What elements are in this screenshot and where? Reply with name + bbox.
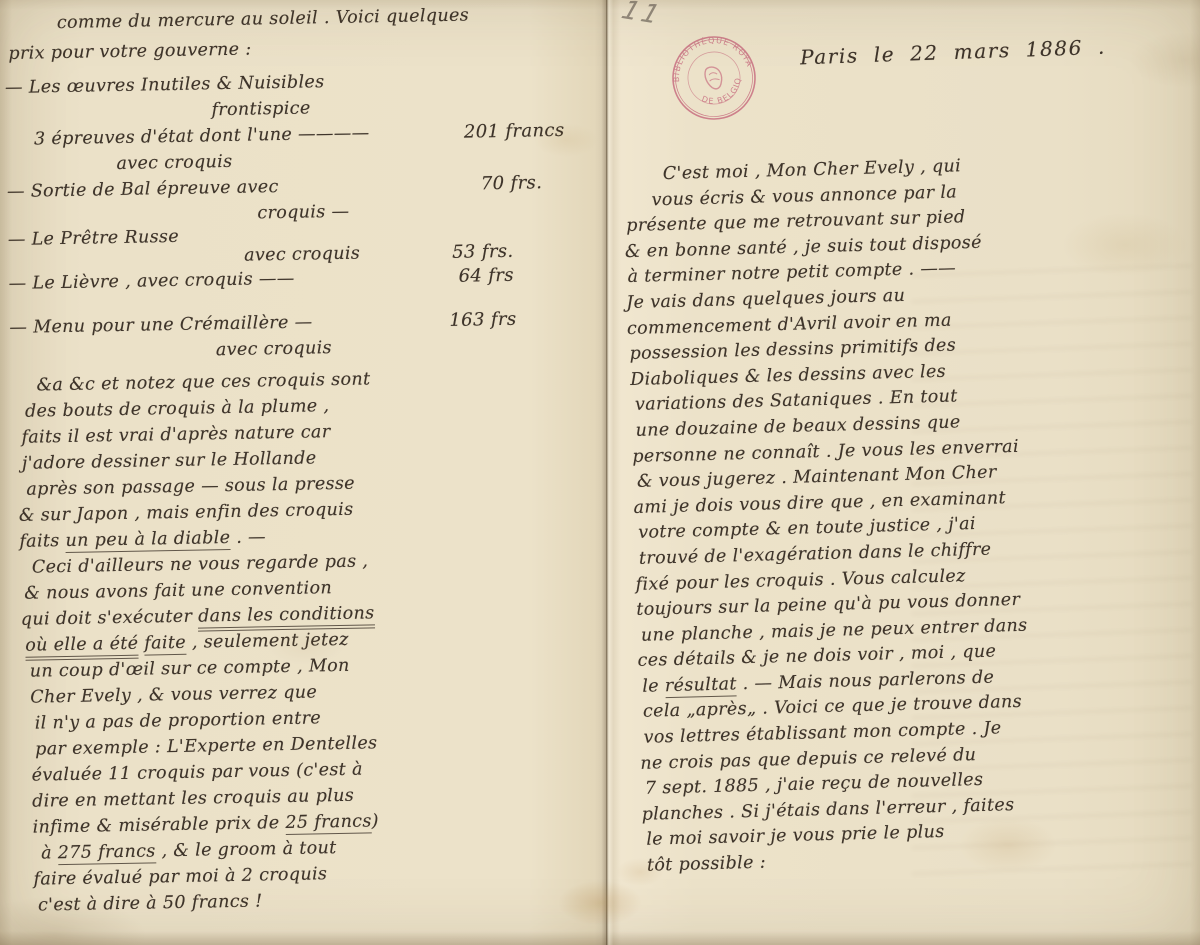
library-stamp: BIBLIOTHÈQUE ROYALE DE BELGIQUE	[661, 25, 768, 132]
manuscript-line-text: un coup d'œil sur ce compte , Mon	[30, 656, 350, 682]
manuscript-line-text: avec croquis	[216, 338, 332, 360]
manuscript-line-text: évaluée 11 croquis par vous (c'est à	[31, 760, 362, 786]
manuscript-line-text: j'adore dessiner sur le Hollande	[22, 448, 317, 473]
manuscript-line-text: — Le Lièvre , avec croquis ——	[8, 269, 294, 294]
right-page: 11 BIBLIOTHÈQUE ROYALE DE BELGIQUE Paris…	[612, 0, 1200, 945]
manuscript-line: — Le Lièvre , avec croquis —— 64 frs	[8, 261, 596, 298]
manuscript-line-text: comme du mercure au soleil . Voici quelq…	[57, 6, 469, 34]
manuscript-line-text: avec croquis	[244, 244, 360, 266]
manuscript-line-text: — Les œuvres Inutiles & Nuisibles	[5, 72, 325, 98]
manuscript-line-text: frontispice	[211, 98, 310, 120]
manuscript-line-text: 3 épreuves d'état dont l'une ————	[34, 123, 370, 149]
manuscript-line-text: le moi savoir je vous prie le plus	[646, 822, 945, 850]
manuscript-line-text: après son passage — sous la presse	[26, 474, 355, 500]
price-value: 70 frs.	[481, 170, 543, 196]
price-value: 53 frs.	[452, 239, 514, 265]
manuscript-line-text: Ceci d'ailleurs ne vous regarde pas ,	[32, 551, 369, 577]
page-number-pencil: 11	[615, 0, 669, 30]
left-page: comme du mercure au soleil . Voici quelq…	[0, 0, 600, 945]
price-value: 64 frs	[458, 263, 514, 289]
manuscript-line-text: faire évalué par moi à 2 croquis	[33, 864, 327, 889]
manuscript-line-text: croquis —	[257, 202, 349, 224]
manuscript-line-text: par exemple : L'Experte en Dentelles	[35, 733, 378, 759]
manuscript-line-text: faits il est vrai d'après nature car	[21, 422, 330, 448]
manuscript-line: avec croquis	[216, 331, 598, 364]
manuscript-line-text: il n'y a pas de proportion entre	[35, 708, 322, 733]
manuscript-line: prix pour votre gouverne :	[8, 31, 592, 68]
manuscript-line-text: & nous avons fait une convention	[24, 578, 332, 604]
manuscript-line-text: — Sortie de Bal épreuve avec	[7, 177, 279, 202]
manuscript-line-text: infime & misérable prix de 25 francs)	[32, 811, 379, 837]
manuscript-line-text: avec croquis	[116, 152, 232, 174]
manuscript-line-text: &a &c et notez que ces croquis sont	[36, 369, 370, 395]
manuscript-line-text: à 275 francs , & le groom à tout	[41, 838, 337, 865]
manuscript-line: comme du mercure au soleil . Voici quelq…	[57, 1, 592, 37]
manuscript-line-text: C'est moi , Mon Cher Evely , qui	[663, 156, 962, 184]
manuscript-line-text: Cher Evely , & vous verrez que	[30, 682, 317, 707]
manuscript-line-text: dire en mettant les croquis au plus	[32, 786, 354, 812]
right-page-text: C'est moi , Mon Cher Evely , qui vous éc…	[623, 148, 1200, 879]
dateline: Paris le 22 mars 1886 .	[800, 35, 1107, 70]
manuscript-line-text: faits un peu à la diable . —	[19, 527, 266, 553]
manuscript-line-text: c'est à dire à 50 francs !	[38, 891, 263, 915]
manuscript-line-text: — Menu pour une Crémaillère —	[9, 312, 312, 338]
letter-photograph: comme du mercure au soleil . Voici quelq…	[0, 0, 1200, 945]
manuscript-line-text: — Le Prêtre Russe	[8, 227, 179, 250]
manuscript-line-text: Je vais dans quelques jours au	[626, 286, 905, 313]
manuscript-line-text: des bouts de croquis à la plume ,	[25, 396, 330, 422]
manuscript-line-text: & sur Japon , mais enfin des croquis	[19, 500, 354, 526]
price-value: 163 frs	[449, 307, 516, 333]
manuscript-line-text: tôt possible :	[647, 853, 766, 876]
left-page-text: comme du mercure au soleil . Voici quelq…	[2, 1, 609, 920]
price-value: 201 francs	[464, 118, 565, 145]
manuscript-line-text: prix pour votre gouverne :	[8, 40, 251, 64]
stamp-emblem	[703, 65, 724, 91]
